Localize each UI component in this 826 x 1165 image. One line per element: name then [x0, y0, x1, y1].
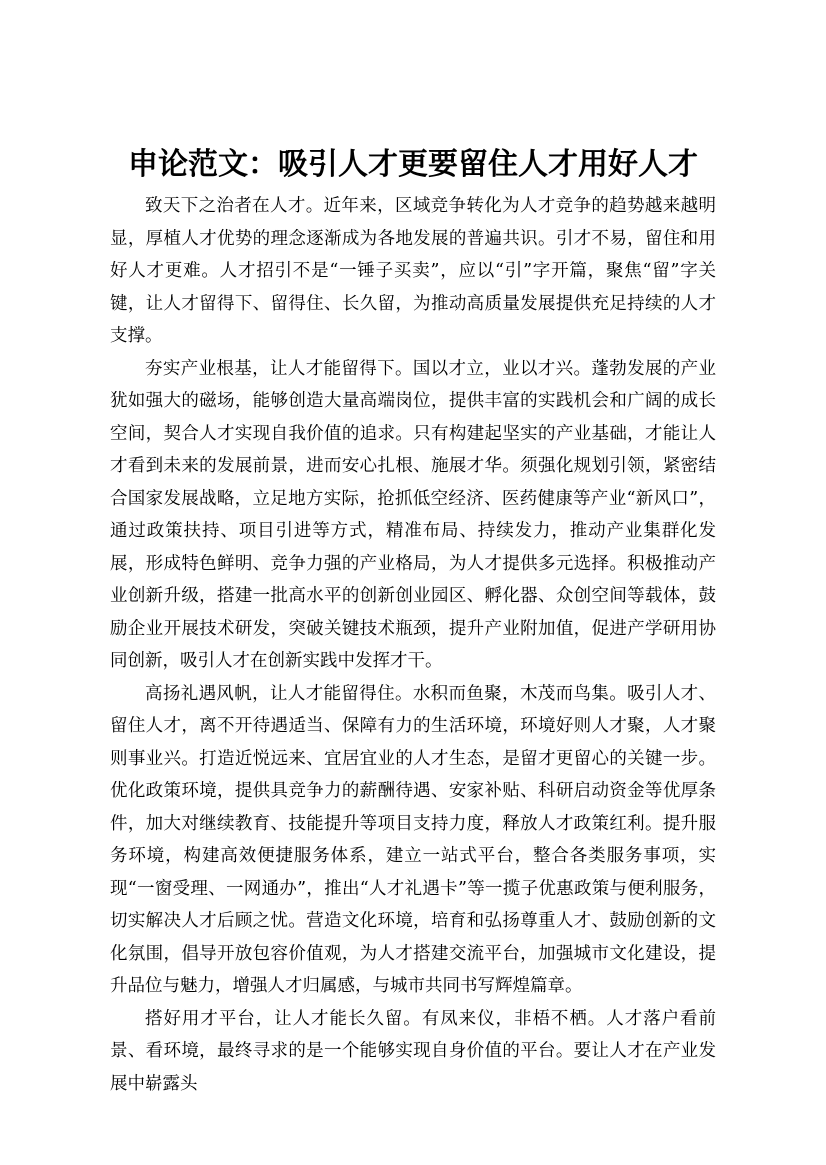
paragraph-courteous-treatment: 高扬礼遇风帆，让人才能留得住。水积而鱼聚，木茂而鸟集。吸引人才、留住人才，离不开…: [110, 678, 716, 1003]
document-body: 致天下之治者在人才。近年来，区域竞争转化为人才竞争的趋势越来越明显，厚植人才优势…: [110, 190, 716, 1100]
paragraph-industry-foundation: 夯实产业根基，让人才能留得下。国以才立，业以才兴。蓬勃发展的产业犹如强大的磁场，…: [110, 353, 716, 678]
document-title: 申论范文：吸引人才更要留住人才用好人才: [60, 0, 766, 182]
paragraph-intro: 致天下之治者在人才。近年来，区域竞争转化为人才竞争的趋势越来越明显，厚植人才优势…: [110, 190, 716, 353]
document-page: 申论范文：吸引人才更要留住人才用好人才 致天下之治者在人才。近年来，区域竞争转化…: [0, 0, 826, 1165]
paragraph-talent-platform: 搭好用才平台，让人才能长久留。有凤来仪，非梧不栖。人才落户看前景、看环境，最终寻…: [110, 1003, 716, 1101]
